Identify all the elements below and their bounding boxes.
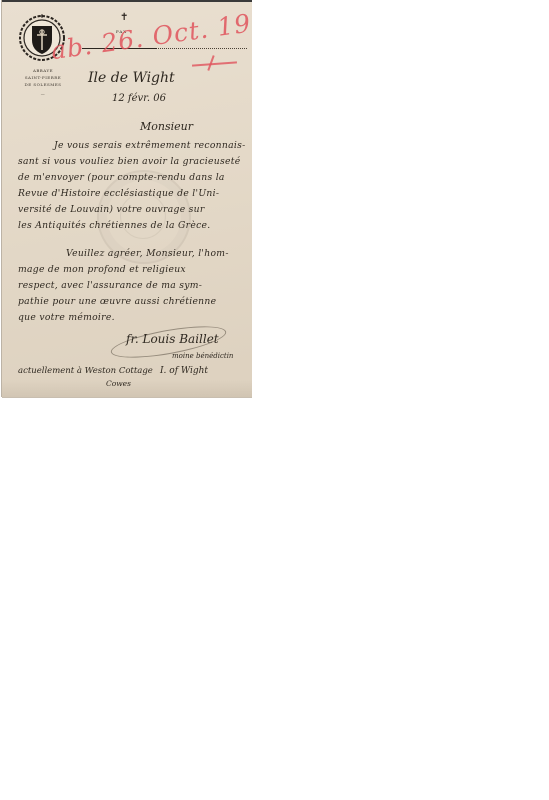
- body-line: Revue d'Histoire ecclésiastique de l'Uni…: [18, 188, 219, 199]
- signature-title: moine bénédictin: [172, 352, 233, 360]
- body-line: les Antiquités chrétiennes de la Grèce.: [18, 220, 211, 231]
- body-line: mage de mon profond et religieux: [18, 264, 186, 275]
- body-line: versité de Louvain) votre ouvrage sur: [18, 204, 205, 215]
- body-line: Je vous serais extrêmement reconnais-: [54, 140, 246, 151]
- scan-edge: [2, 0, 252, 2]
- address-region: I. of Wight: [160, 366, 208, 376]
- body-line: Veuillez agréer, Monsieur, l'hom-: [66, 248, 229, 259]
- letterhead-line: SAINT-PIERRE: [20, 75, 66, 80]
- address-line: actuellement à Weston Cottage: [18, 366, 153, 376]
- body-line: pathie pour une œuvre aussi chrétienne: [18, 296, 216, 307]
- body-line: de m'envoyer (pour compte-rendu dans la: [18, 172, 225, 183]
- body-line: sant si vous vouliez bien avoir la graci…: [18, 156, 240, 167]
- letterhead-line: —: [20, 91, 66, 96]
- cross-icon: ✝: [120, 12, 128, 23]
- letter-place: Ile de Wight: [88, 70, 175, 86]
- red-underline: [192, 61, 237, 66]
- letterhead-line: DE SOLESMES: [20, 82, 66, 87]
- letterhead-line: ABBAYE: [20, 68, 66, 73]
- signature: fr. Louis Baillet: [126, 332, 219, 346]
- letter-salutation: Monsieur: [140, 120, 193, 133]
- paper-edge-shadow: [2, 380, 252, 397]
- red-archival-annotation: ab. 26. Oct. 1904: [49, 4, 252, 66]
- body-line: que votre mémoire.: [18, 312, 115, 323]
- letter-date: 12 févr. 06: [112, 93, 166, 104]
- letter-page: ABBAYE SAINT-PIERRE DE SOLESMES — ✝ PAX …: [2, 0, 252, 397]
- body-line: respect, avec l'assurance de ma sym-: [18, 280, 202, 291]
- watermark-stamp-inner: [120, 193, 166, 239]
